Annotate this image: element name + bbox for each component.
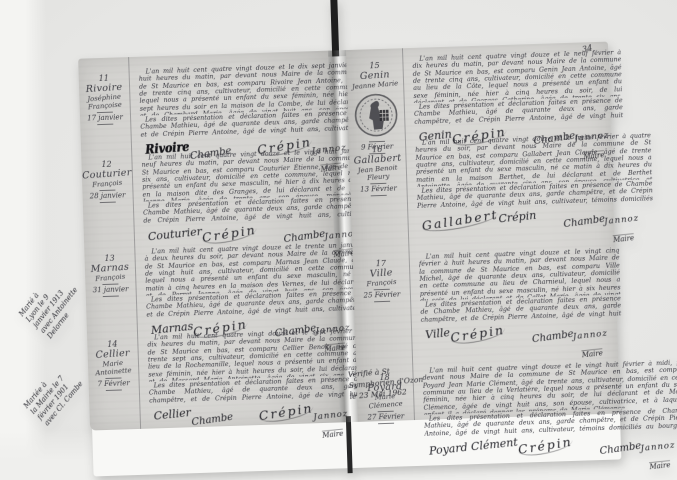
entry-firstnames: Jean Benoit Fleury [349, 163, 406, 184]
mayor-signature-title: Maire [581, 348, 603, 359]
mayor-signature: Jannoz Maire [603, 206, 642, 247]
signature-row: Gallabert CrépinChambe Jannoz Maire [417, 206, 654, 252]
entry-date: 7 Février [89, 379, 139, 389]
margin-divider [378, 423, 394, 425]
register-entry: 16 Gallabert Jean Benoit Fleury 13 Févri… [349, 132, 615, 254]
mayor-signature-title: Maire [322, 429, 344, 440]
margin-divider [103, 296, 119, 298]
witness-signatures: ChambeCrépin [191, 403, 314, 423]
scanned-register-photo: 11 Rivoire Joséphine Françoise 17 janvie… [0, 0, 677, 480]
register-entry: 13 Marnas François 31 janvier L'an mil h… [84, 241, 337, 335]
entry-margin: 15 Genin Jeanne Marie 9 Février [346, 54, 405, 140]
margin-divider [374, 301, 390, 303]
entry-margin: 12 Couturier François 28 janvier [81, 153, 134, 249]
register-entry: 18 Poyard Marie Clémence 27 Février L'an… [356, 359, 622, 480]
witness-signatures: CrépinChambe [499, 208, 605, 224]
witness-signature: Crépin [258, 400, 315, 424]
witness-signature: Chambe [599, 441, 643, 463]
entry-body: L'an mil huit cent quatre vingt douze et… [412, 357, 677, 480]
book-spine-top [330, 0, 339, 57]
act-paragraph: L'an mil huit cent quatre vingt douze et… [147, 328, 362, 382]
entry-date: 13 Février [350, 184, 406, 194]
entry-margin: 11 Rivoire Joséphine Françoise 17 janvie… [78, 67, 131, 155]
entry-margin: 14 Cellier Marie Antoinette 7 Février [87, 333, 141, 449]
witness-signatures: CrépinChambe [518, 435, 641, 455]
act-paragraph: L'an mil huit cent quatre vingt douze et… [419, 247, 621, 300]
signature-row: Cellier ChambeCrépin Jannoz Maire [149, 402, 363, 447]
mayor-signature-name: Jannoz [604, 214, 640, 228]
entry-date: 28 janvier [82, 191, 132, 201]
witness-signature: Crépin [498, 209, 537, 226]
signature-row: Poyard Clément CrépinChambe Jannoz Maire [425, 433, 677, 480]
mayor-signature-title: Maire [613, 233, 635, 244]
entry-body: L'an mil huit cent quatre vingt douze et… [402, 47, 632, 138]
act-paragraph: L'an mil huit cent quatre vingt douze et… [144, 242, 364, 296]
declarant-signature: Gallabert [421, 207, 500, 235]
margin-divider [371, 195, 387, 197]
margin-divider [97, 124, 113, 126]
register-entry: 15 Genin Jeanne Marie 9 Février L'an mil… [346, 48, 611, 140]
register-left-page: 11 Rivoire Joséphine Françoise 17 janvie… [78, 51, 340, 431]
entry-body: L'an mil huit cent quatre vingt douze et… [405, 130, 664, 252]
entry-margin: 18 Poyard Marie Clémence 27 Février [356, 366, 416, 480]
witness-signatures: CrépinChambe [450, 323, 573, 343]
signature-row: Ville CrépinChambe Jannoz Maire [421, 321, 623, 365]
mayor-signature: Jannoz Maire [571, 321, 610, 362]
entry-body: L'an mil huit cent quatre vingt douze et… [409, 245, 632, 366]
entry-date: 31 janvier [85, 285, 135, 295]
declarant-signature: Couturier [147, 225, 202, 243]
witness-signature: Chambe [563, 214, 606, 233]
declarant-signature: Ville [425, 326, 451, 341]
entry-date: 25 Février [354, 290, 410, 300]
act-paragraph: L'an mil huit cent quatre vingt douze et… [415, 132, 652, 187]
register-entry: 17 Ville François 25 Février L'an mil hu… [353, 246, 619, 368]
declarant-signature: Poyard Clément [428, 436, 518, 458]
mayor-signature-title: Maire [649, 460, 671, 471]
register-entry: 14 Cellier Marie Antoinette 7 Février L'… [87, 327, 341, 449]
entry-firstnames: Marie Clémence [357, 391, 414, 412]
declarant-signature: Cellier [153, 406, 191, 423]
entry-firstnames: Joséphine Françoise [79, 92, 130, 112]
entry-date: 27 Février [358, 412, 414, 422]
witness-signature: Crépin [517, 434, 574, 458]
register-right-page: 34 Vérifié à St Symphorien d'Ozon le 23 … [346, 42, 620, 422]
mayor-signature-name: Jannoz [640, 440, 676, 454]
margin-divider [100, 202, 116, 204]
open-register-book: 11 Rivoire Joséphine Françoise 17 janvie… [78, 41, 624, 430]
witness-signature: Chambe [531, 329, 575, 351]
entry-firstnames: Marie Antoinette [88, 358, 139, 378]
revenue-stamp-icon [352, 90, 400, 139]
witness-signature: Chambe [191, 412, 235, 434]
register-entry: 11 Rivoire Joséphine Françoise 17 janvie… [78, 61, 331, 155]
mayor-signature: Jannoz Maire [639, 432, 677, 473]
entry-margin: 16 Gallabert Jean Benoit Fleury 13 Févri… [349, 138, 409, 254]
act-paragraph: L'an mil huit cent quatre vingt douze et… [412, 49, 622, 103]
entry-margin: 17 Ville François 25 Février [353, 252, 413, 368]
entry-margin: 13 Marnas François 31 janvier [84, 247, 137, 335]
entry-date: 17 janvier [80, 113, 130, 123]
margin-divider [106, 389, 122, 391]
witness-signature: Crépin [449, 322, 506, 346]
witness-signatures: CrépinChambe [202, 223, 325, 243]
register-entry: 12 Couturier François 28 janvier L'an mi… [81, 147, 334, 249]
act-paragraph: L'an mil huit cent quatre vingt douze et… [422, 359, 677, 415]
act-paragraph: L'an mil huit cent quatre vingt douze et… [138, 62, 359, 116]
mayor-signature-name: Jannoz [572, 329, 608, 343]
